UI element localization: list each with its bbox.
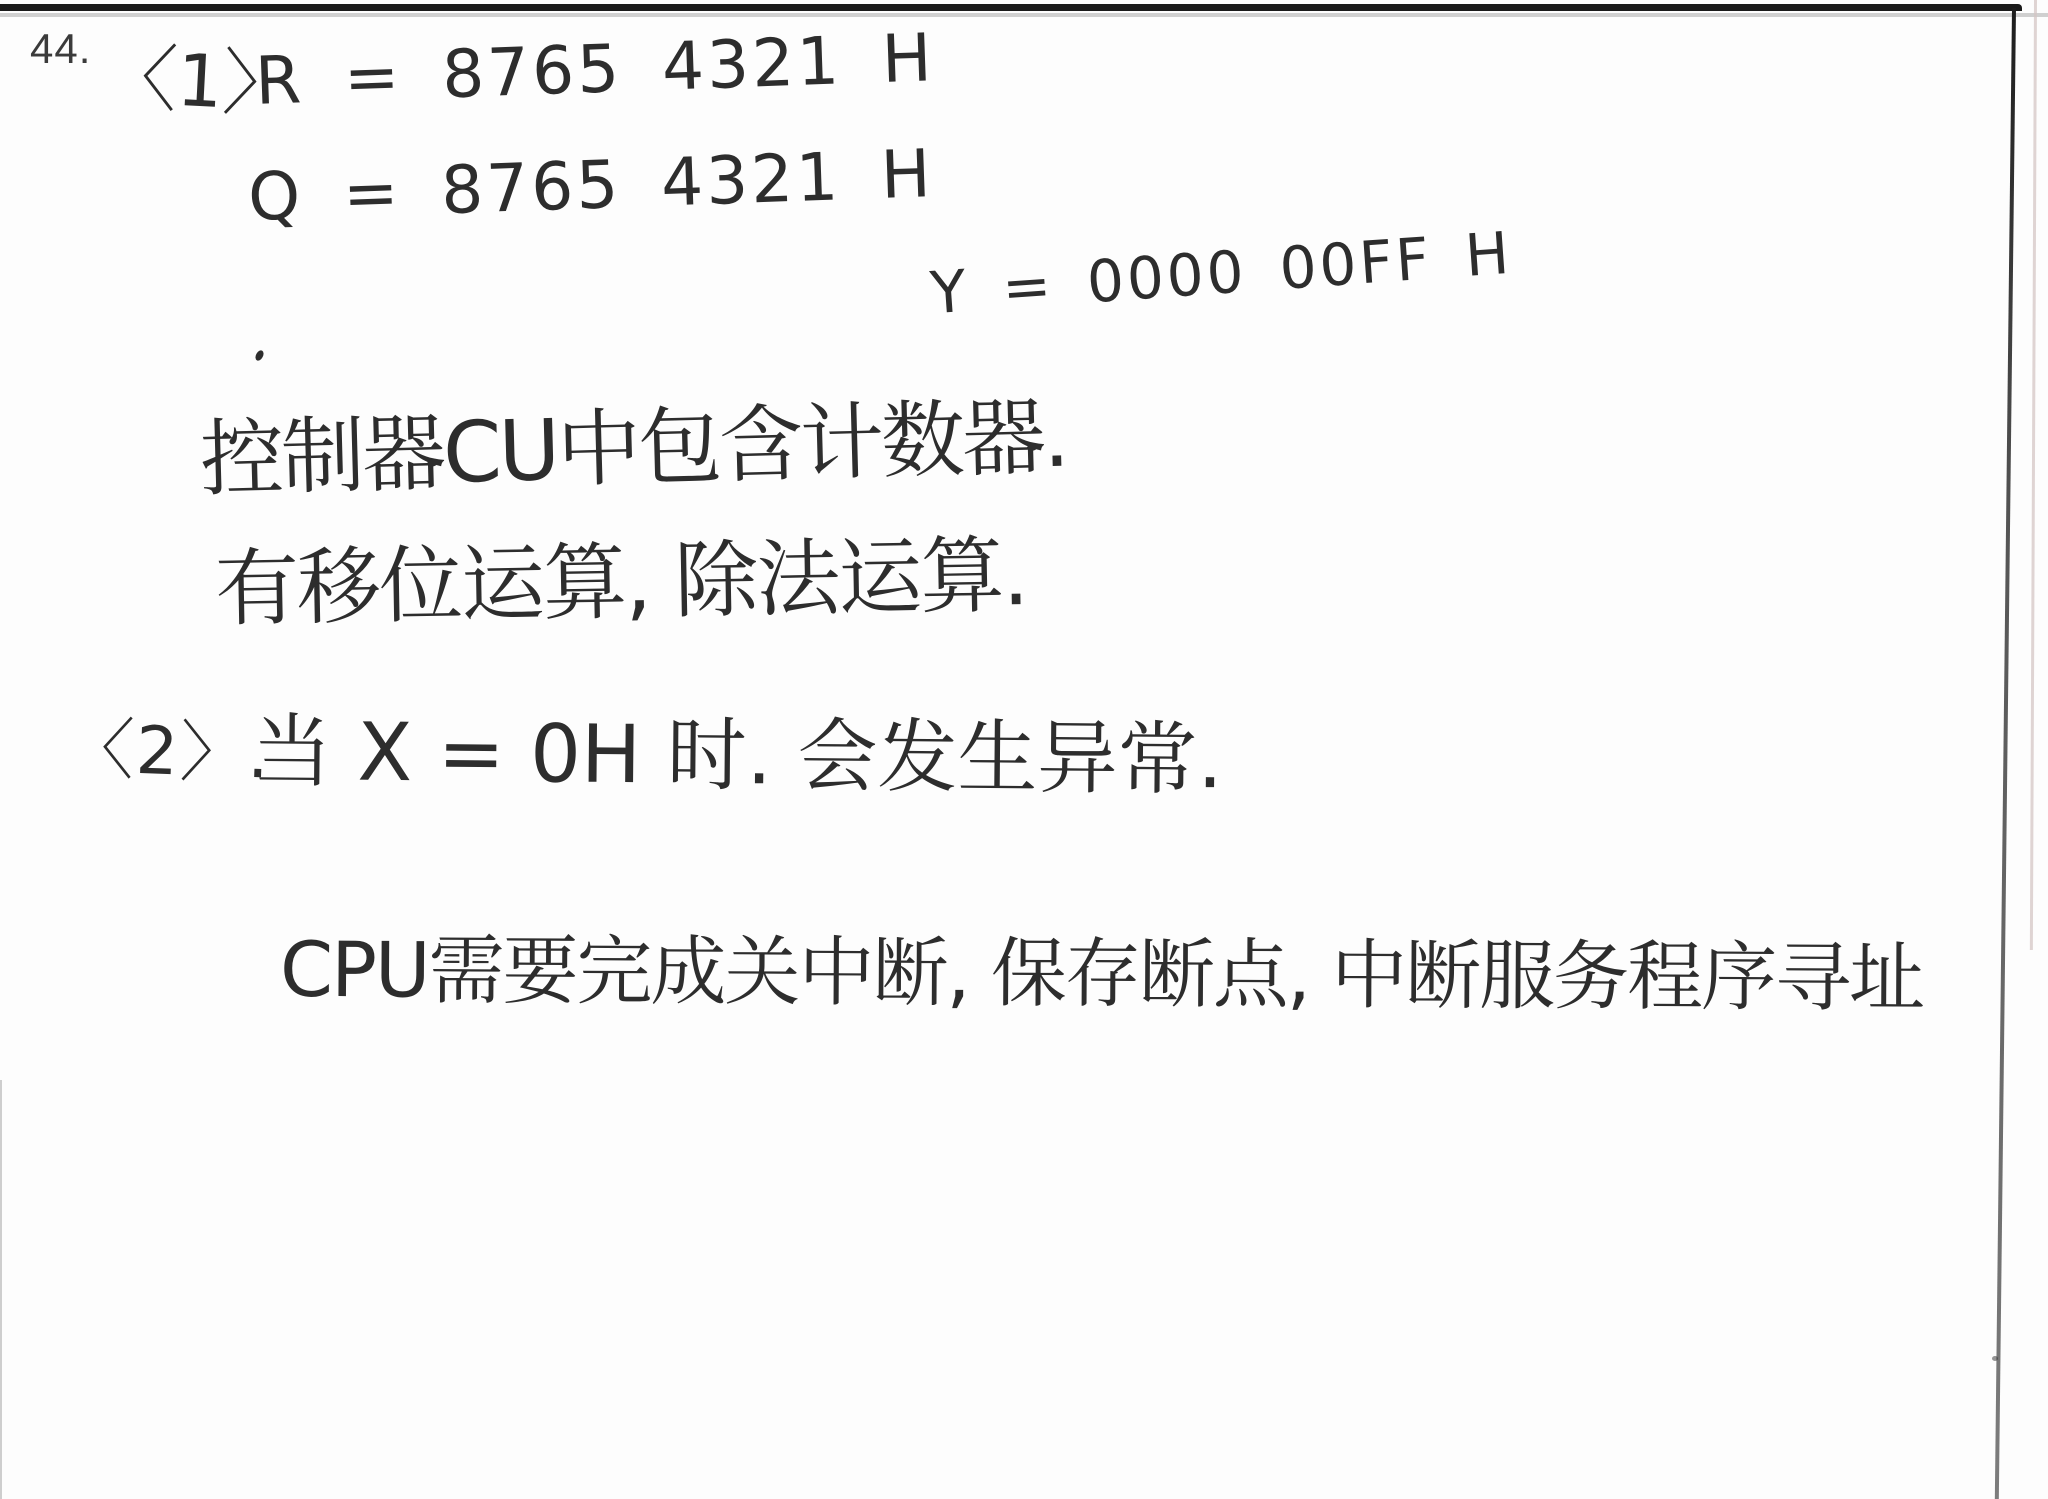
formula-quotient: Q = 8765 4321 H xyxy=(247,138,935,234)
formula-y: Y = 0000 00FF H xyxy=(928,222,1514,326)
ink-speck xyxy=(254,349,265,362)
page-right-border xyxy=(1995,8,2016,1499)
handwritten-note-page: 44. 〈1〉 R = 8765 4321 H Q = 8765 4321 H … xyxy=(0,0,2048,1499)
interrupt-handling-note: CPU需要完成关中断, 保存断点, 中断服务程序寻址 xyxy=(280,928,1924,1020)
formula-remainder: R = 8765 4321 H xyxy=(254,22,936,118)
question-number: 44. xyxy=(30,26,91,72)
operations-note: 有移位运算, 除法运算. xyxy=(214,529,1028,636)
page-top-border-shadow xyxy=(0,13,2048,17)
cu-counter-note: 控制器CU中包含计数器. xyxy=(199,391,1068,506)
exception-statement: 当 X = 0H 时. 会发生异常. xyxy=(252,708,1224,804)
part2-label: 〈2〉. xyxy=(67,712,272,792)
paper-outer-edge xyxy=(2030,0,2037,950)
page-top-border xyxy=(0,4,2022,11)
page-left-edge xyxy=(0,1080,2,1499)
ink-speck xyxy=(1992,1356,1998,1361)
